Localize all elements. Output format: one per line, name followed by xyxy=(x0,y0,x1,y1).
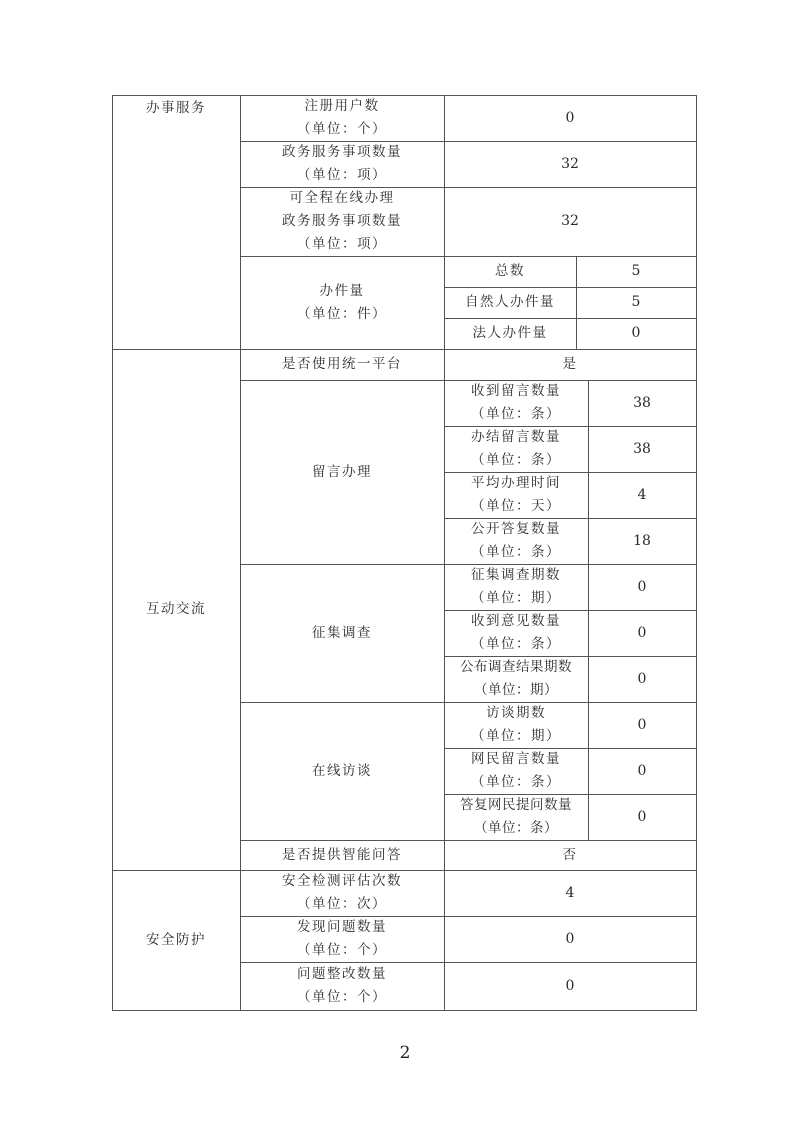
unit-text: （单位：条） xyxy=(471,771,561,794)
label-text: 注册用户数 xyxy=(305,95,380,118)
case-legal-person-value: 0 xyxy=(576,318,696,349)
netizen-messages-value: 0 xyxy=(588,748,696,794)
opinions-received-value: 0 xyxy=(588,610,696,656)
security-assessments-label: 安全检测评估次数 （单位：次） xyxy=(240,870,444,916)
survey-label: 征集调查 xyxy=(240,564,444,702)
online-interview-label: 在线访谈 xyxy=(240,702,444,840)
public-replies-value: 18 xyxy=(588,518,696,564)
unit-text: （单位：件） xyxy=(297,303,387,326)
messages-closed-value: 38 xyxy=(588,426,696,472)
issues-fixed-value: 0 xyxy=(444,962,696,1010)
unit-text: （单位：条） xyxy=(471,449,561,472)
avg-handling-time-value: 4 xyxy=(588,472,696,518)
case-natural-person-value: 5 xyxy=(576,287,696,318)
online-items-label: 可全程在线办理 政务服务事项数量 （单位：项） xyxy=(240,187,444,256)
online-items-value: 32 xyxy=(444,187,696,256)
label-text: 征集调查期数 xyxy=(471,564,561,587)
label-text: 政务服务事项数量 xyxy=(282,210,402,233)
messages-received-label: 收到留言数量 （单位：条） xyxy=(444,380,588,426)
label-text: 办件量 xyxy=(320,280,365,303)
unit-text: （单位：项） xyxy=(297,233,387,256)
document-page: 办事服务 注册用户数 （单位：个） 0 政务服务事项数量 （单位：项） 32 可… xyxy=(0,0,793,1121)
unit-text: （单位：条） xyxy=(471,633,561,656)
case-volume-label: 办件量 （单位：件） xyxy=(240,256,444,349)
interview-periods-value: 0 xyxy=(588,702,696,748)
issues-found-value: 0 xyxy=(444,916,696,962)
unit-text: （单位：个） xyxy=(297,986,387,1009)
section-label-security: 安全防护 xyxy=(112,870,240,1010)
netizen-questions-answered-label: 答复网民提问数量 （单位：条） xyxy=(444,794,588,840)
label-text: 办结留言数量 xyxy=(471,426,561,449)
unit-text: （单位：天） xyxy=(471,495,561,518)
unified-platform-value: 是 xyxy=(444,349,696,380)
unit-text: （单位：期） xyxy=(474,679,558,702)
section-label-office-service: 办事服务 xyxy=(112,95,240,349)
interview-periods-label: 访谈期数 （单位：期） xyxy=(444,702,588,748)
case-legal-person-label: 法人办件量 xyxy=(444,318,576,349)
opinions-received-label: 收到意见数量 （单位：条） xyxy=(444,610,588,656)
netizen-messages-label: 网民留言数量 （单位：条） xyxy=(444,748,588,794)
unit-text: （单位：条） xyxy=(471,403,561,426)
smart-qa-label: 是否提供智能问答 xyxy=(240,840,444,870)
registered-users-value: 0 xyxy=(444,95,696,141)
unit-text: （单位：项） xyxy=(297,164,387,187)
label-text: 问题整改数量 xyxy=(297,963,387,986)
messages-received-value: 38 xyxy=(588,380,696,426)
avg-handling-time-label: 平均办理时间 （单位：天） xyxy=(444,472,588,518)
case-total-label: 总数 xyxy=(444,256,576,287)
smart-qa-value: 否 xyxy=(444,840,696,870)
issues-fixed-label: 问题整改数量 （单位：个） xyxy=(240,962,444,1010)
unit-text: （单位：期） xyxy=(471,725,561,748)
survey-results-published-label: 公布调查结果期数 （单位：期） xyxy=(444,656,588,702)
survey-periods-label: 征集调查期数 （单位：期） xyxy=(444,564,588,610)
label-text: 政务服务事项数量 xyxy=(282,141,402,164)
label-text: 收到留言数量 xyxy=(471,380,561,403)
label-text: 公开答复数量 xyxy=(471,518,561,541)
unit-text: （单位：期） xyxy=(471,587,561,610)
messages-closed-label: 办结留言数量 （单位：条） xyxy=(444,426,588,472)
message-handling-label: 留言办理 xyxy=(240,380,444,564)
label-text: 网民留言数量 xyxy=(471,748,561,771)
label-text: 可全程在线办理 xyxy=(290,187,395,210)
registered-users-label: 注册用户数 （单位：个） xyxy=(240,95,444,141)
unit-text: （单位：个） xyxy=(297,118,387,141)
label-text: 访谈期数 xyxy=(486,702,546,725)
label-text: 发现问题数量 xyxy=(297,916,387,939)
unit-text: （单位：个） xyxy=(297,939,387,962)
unit-text: （单位：次） xyxy=(297,893,387,916)
section-label-interaction: 互动交流 xyxy=(112,349,240,870)
survey-results-published-value: 0 xyxy=(588,656,696,702)
unit-text: （单位：条） xyxy=(471,541,561,564)
case-total-value: 5 xyxy=(576,256,696,287)
unit-text: （单位：条） xyxy=(474,817,558,840)
survey-periods-value: 0 xyxy=(588,564,696,610)
issues-found-label: 发现问题数量 （单位：个） xyxy=(240,916,444,962)
label-text: 答复网民提问数量 xyxy=(460,794,572,817)
label-text: 平均办理时间 xyxy=(471,472,561,495)
security-assessments-value: 4 xyxy=(444,870,696,916)
label-text: 公布调查结果期数 xyxy=(460,656,572,679)
label-text: 安全检测评估次数 xyxy=(282,870,402,893)
case-natural-person-label: 自然人办件量 xyxy=(444,287,576,318)
service-items-value: 32 xyxy=(444,141,696,187)
unified-platform-label: 是否使用统一平台 xyxy=(240,349,444,380)
netizen-questions-answered-value: 0 xyxy=(588,794,696,840)
service-items-label: 政务服务事项数量 （单位：项） xyxy=(240,141,444,187)
public-replies-label: 公开答复数量 （单位：条） xyxy=(444,518,588,564)
page-number: 2 xyxy=(380,1043,430,1063)
label-text: 收到意见数量 xyxy=(471,610,561,633)
